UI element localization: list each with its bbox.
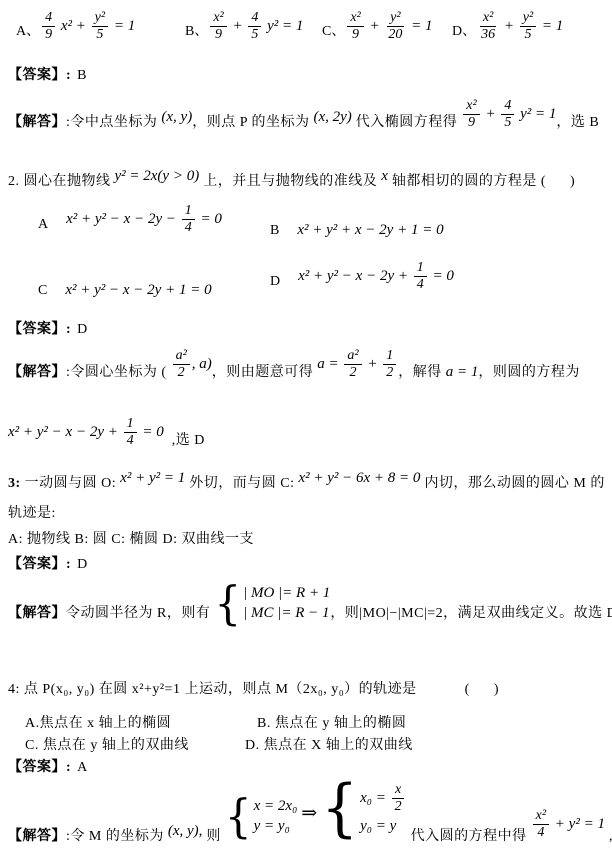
q3-answer-value: D <box>77 557 88 573</box>
fraction: 45 <box>248 10 261 43</box>
implies-arrow-icon: ⇒ <box>301 802 317 825</box>
q4-answer-value: A <box>77 760 88 776</box>
q1-option-d-equation: x²36 + y²5 = 1 <box>476 10 563 43</box>
q2-number: 2. <box>8 174 20 190</box>
left-brace: { <box>214 584 241 623</box>
q1-explain-choice: ，选 B <box>556 111 599 131</box>
q2-explain-equation: a = a²2 + 12 <box>317 348 398 381</box>
q4-stem-paren: ( ) <box>465 682 499 698</box>
q2-explain-center-coords: a²2, a) <box>171 348 212 381</box>
q1-explain-text-2: ，则点 P 的坐标为 <box>192 111 313 131</box>
q2-stem-math-1: y² = 2x(y > 0) <box>115 168 200 185</box>
q3-explain-text-2: ，则|MO|−|MC|=2，满足双曲线定义。故选 D。 <box>330 602 612 622</box>
q1-answer-value: B <box>77 68 87 84</box>
q2-explain-math-2: a = 1 <box>446 364 479 381</box>
equation-middle: x² + <box>57 18 90 35</box>
equation-post: = 0 <box>197 211 222 228</box>
equation-tail: = 1 <box>407 18 432 35</box>
equation-plus: + <box>364 356 382 373</box>
q2-option-a: A x² + y² − x − 2y − 14 = 0 <box>38 203 222 236</box>
q3-number: 3: <box>8 476 21 492</box>
math-exam-document: { "labels": { "answer": "【答案】:", "explai… <box>0 0 612 866</box>
fraction-numerator: 4 <box>42 10 55 27</box>
q3-stem-math-2: x² + y² − 6x + 8 = 0 <box>298 470 420 487</box>
q3-choices-line: A: 抛物线 B: 圆 C: 椭圆 D: 双曲线一支 <box>8 528 254 548</box>
q4-option-a-text: A.焦点在 x 轴上的椭圆 <box>25 712 171 732</box>
fraction: 49 <box>42 10 55 43</box>
q2-option-a-label: A <box>38 217 48 236</box>
q4-explain-text-2: 则 <box>202 825 225 845</box>
fraction: y²20 <box>385 10 405 43</box>
fraction-numerator: x² <box>463 98 479 115</box>
fraction-denominator: 2 <box>346 365 359 381</box>
q4-explain-math-1: (x, y), <box>168 823 203 840</box>
q3-stem-line2: 轨迹是: <box>8 502 56 522</box>
fraction-denominator: 4 <box>182 220 195 236</box>
fraction: a²2 <box>173 348 190 381</box>
system-rows: x = 2x₀y = y₀ <box>254 798 298 835</box>
q2-stem-math-2: x <box>381 168 388 185</box>
fraction: 14 <box>414 260 427 293</box>
q1-option-c-label: C、 <box>322 20 345 43</box>
q4-option-b: B. 焦点在 y 轴上的椭圆 <box>257 712 406 732</box>
fraction-denominator: 36 <box>478 27 498 43</box>
system-row-2: y₀ = y <box>360 818 396 835</box>
fraction-numerator: 1 <box>383 348 396 365</box>
fraction-numerator: 1 <box>182 203 195 220</box>
q2-result-equation: x² + y² − x − 2y + 14 = 0 <box>8 416 164 449</box>
q1-option-a: A、 49 x² + y²5 = 1 <box>16 10 135 43</box>
equation-middle: + <box>500 18 518 35</box>
q2-option-d: D x² + y² − x − 2y + 14 = 0 <box>270 260 454 293</box>
fraction-denominator: 4 <box>414 277 427 293</box>
q2-explanation: 【解答】:令圆心坐标为 ( a²2, a)，则由题意可得 a = a²2 + 1… <box>8 348 580 381</box>
fraction: x²9 <box>463 98 479 131</box>
q1-explain-math-1: (x, y) <box>161 109 192 126</box>
q2-explain-text-5: ，则圆的方程为 <box>478 361 580 381</box>
q2-option-d-equation: x² + y² − x − 2y + 14 = 0 <box>298 260 454 293</box>
q3-equation-system: {| MO |= R + 1| MC |= R − 1 <box>214 585 330 622</box>
fraction-denominator: 5 <box>93 27 106 43</box>
system-row-1: x = 2x₀ <box>254 798 298 815</box>
equation-pre: x² + y² − x − 2y + <box>8 424 122 441</box>
q2-answer-line: 【答案】: D <box>8 318 88 338</box>
q4-answer-line: 【答案】: A <box>8 756 88 776</box>
equation-post: = 0 <box>429 268 454 285</box>
fraction-numerator: x <box>392 782 404 799</box>
q4-option-c-text: C. 焦点在 y 轴上的双曲线 <box>25 734 189 754</box>
fraction-numerator: a² <box>173 348 190 365</box>
equation-middle: + <box>229 18 247 35</box>
q2-explain-text-4: ，解得 <box>398 361 446 381</box>
fraction: 45 <box>501 98 514 131</box>
q2-option-b: B x² + y² + x − 2y + 1 = 0 <box>270 222 444 239</box>
q3-stem-text-2: 外切，而与圆 C: <box>185 472 298 492</box>
q4-result-equation: x²4 + y² = 1 <box>531 808 605 841</box>
q1-option-d-label: D、 <box>452 20 476 43</box>
q4-option-c: C. 焦点在 y 轴上的双曲线 <box>25 734 189 754</box>
fraction-numerator: x² <box>480 10 496 27</box>
fraction-numerator: x² <box>347 10 363 27</box>
q3-stem-text-1: 一动圆与圆 O: <box>21 472 121 492</box>
answer-label: 【答案】: <box>8 64 71 84</box>
explain-label: 【解答】 <box>8 111 66 131</box>
fraction-numerator: 1 <box>414 260 427 277</box>
fraction: a²2 <box>344 348 361 381</box>
q1-option-b-label: B、 <box>185 20 208 43</box>
answer-label: 【答案】: <box>8 756 71 776</box>
fraction-denominator: 9 <box>212 27 225 43</box>
fraction-numerator: y² <box>387 10 403 27</box>
answer-label: 【答案】: <box>8 553 71 573</box>
left-brace: { <box>225 797 252 836</box>
equation-tail: = 1 <box>538 18 563 35</box>
q2-result-line: x² + y² − x − 2y + 14 = 0 ,选 D <box>8 416 205 449</box>
fraction-denominator: 20 <box>385 27 405 43</box>
fraction: 12 <box>383 348 396 381</box>
fraction-denominator: 4 <box>534 825 547 841</box>
system-rows: | MO |= R + 1| MC |= R − 1 <box>243 585 330 622</box>
system-rows: x₀ = x2y₀ = y <box>360 782 407 835</box>
coords-tail: , a) <box>192 356 212 373</box>
q1-explain-math-2: (x, 2y) <box>313 109 351 126</box>
q1-option-a-equation: 49 x² + y²5 = 1 <box>40 10 135 43</box>
answer-label: 【答案】: <box>8 318 71 338</box>
equation-tail: + y² = 1 <box>551 816 605 833</box>
q2-option-b-equation: x² + y² + x − 2y + 1 = 0 <box>297 222 443 239</box>
q4-system-1: {x = 2x₀y = y₀ <box>225 798 297 835</box>
q2-stem-text-2: 上，并且与抛物线的准线及 <box>199 170 381 190</box>
q2-option-c-equation: x² + y² − x − 2y + 1 = 0 <box>65 282 211 299</box>
q4-explain-choice: ,选 A <box>605 825 612 845</box>
q4-option-d-text: D. 焦点在 X 轴上的双曲线 <box>245 734 413 754</box>
system-row-1: x₀ = x2 <box>360 782 407 815</box>
fraction: x²9 <box>210 10 226 43</box>
fraction: y²5 <box>92 10 108 43</box>
q3-stem-math-1: x² + y² = 1 <box>120 470 185 487</box>
q3-explanation: 【解答】令动圆半径为 R，则有 {| MO |= R + 1| MC |= R … <box>8 585 612 622</box>
fraction: x²9 <box>347 10 363 43</box>
q4-stem-text: 4: 点 P(x₀, y₀) 在圆 x²+y²=1 上运动，则点 M（2x₀, … <box>8 678 417 698</box>
fraction-denominator: 9 <box>42 27 55 43</box>
fraction-numerator: y² <box>92 10 108 27</box>
q2-explain-text-1: :令圆心坐标为 ( <box>66 361 171 381</box>
q1-option-b-equation: x²9 + 45 y² = 1 <box>208 10 303 43</box>
equation-tail: y² = 1 <box>263 18 303 35</box>
equation-tail: = 1 <box>110 18 135 35</box>
fraction-denominator: 2 <box>175 365 188 381</box>
q2-stem-text-3: 轴都相切的圆的方程是 ( ) <box>388 170 575 190</box>
fraction-denominator: 9 <box>465 115 478 131</box>
row-pre: x₀ = <box>360 790 390 807</box>
q1-explain-equation: x²9 + 45 y² = 1 <box>461 98 556 131</box>
q1-option-a-label: A、 <box>16 20 40 43</box>
fraction-numerator: a² <box>344 348 361 365</box>
q2-option-a-equation: x² + y² − x − 2y − 14 = 0 <box>66 203 222 236</box>
q1-option-c: C、 x²9 + y²20 = 1 <box>322 10 433 43</box>
q1-explain-text-1: :令中点坐标为 <box>66 111 161 131</box>
fraction-numerator: 4 <box>248 10 261 27</box>
equation-pre: a = <box>317 356 342 373</box>
fraction: x²36 <box>478 10 498 43</box>
equation-pre: x² + y² − x − 2y − <box>66 211 180 228</box>
explain-label: 【解答】 <box>8 602 66 622</box>
fraction: 14 <box>124 416 137 449</box>
fraction-denominator: 5 <box>521 27 534 43</box>
system-row-2: y = y₀ <box>254 818 290 835</box>
q1-option-b: B、 x²9 + 45 y² = 1 <box>185 10 303 43</box>
fraction-numerator: 4 <box>501 98 514 115</box>
fraction-numerator: x² <box>210 10 226 27</box>
q4-explain-text-3: 代入圆的方程中得 <box>407 825 531 845</box>
q2-option-d-label: D <box>270 274 280 293</box>
q3-answer-line: 【答案】: D <box>8 553 88 573</box>
fraction: x²4 <box>533 808 549 841</box>
fraction-denominator: 2 <box>392 799 405 815</box>
q2-option-c: C x² + y² − x − 2y + 1 = 0 <box>38 282 212 299</box>
fraction-numerator: 1 <box>124 416 137 433</box>
equation-middle: + <box>482 106 500 123</box>
fraction: x2 <box>392 782 405 815</box>
fraction-numerator: y² <box>520 10 536 27</box>
q4-stem: 4: 点 P(x₀, y₀) 在圆 x²+y²=1 上运动，则点 M（2x₀, … <box>8 678 499 698</box>
q2-option-c-label: C <box>38 283 47 299</box>
q2-stem-text-1: 圆心在抛物线 <box>20 170 115 190</box>
q1-explanation: 【解答】:令中点坐标为 (x, y)，则点 P 的坐标为 (x, 2y) 代入椭… <box>8 98 599 131</box>
q2-answer-value: D <box>77 322 88 338</box>
q3-stem-text-line2: 轨迹是: <box>8 502 56 522</box>
explain-label: 【解答】 <box>8 361 66 381</box>
q4-option-d: D. 焦点在 X 轴上的双曲线 <box>245 734 413 754</box>
left-brace: { <box>321 782 358 835</box>
fraction: y²5 <box>520 10 536 43</box>
q1-option-c-equation: x²9 + y²20 = 1 <box>345 10 432 43</box>
explain-label: 【解答】 <box>8 825 66 845</box>
q3-stem: 3: 一动圆与圆 O: x² + y² = 1 外切，而与圆 C: x² + y… <box>8 472 605 492</box>
fraction-denominator: 9 <box>349 27 362 43</box>
q2-option-b-label: B <box>270 223 279 239</box>
equation-pre: x² + y² − x − 2y + <box>298 268 412 285</box>
q3-explain-text-1: 令动圆半径为 R，则有 <box>66 602 214 622</box>
equation-tail: y² = 1 <box>516 106 556 123</box>
fraction: 14 <box>182 203 195 236</box>
q1-explain-text-3: 代入椭圆方程得 <box>352 111 462 131</box>
system-row-2: | MC |= R − 1 <box>243 605 329 622</box>
q4-option-a: A.焦点在 x 轴上的椭圆 <box>25 712 171 732</box>
fraction-denominator: 5 <box>248 27 261 43</box>
q4-option-b-text: B. 焦点在 y 轴上的椭圆 <box>257 712 406 732</box>
fraction-numerator: x² <box>533 808 549 825</box>
q4-system-2: {x₀ = x2y₀ = y <box>321 782 406 835</box>
fraction-denominator: 5 <box>501 115 514 131</box>
q4-explain-text-1: :令 M 的坐标为 <box>66 825 168 845</box>
equation-post: = 0 <box>139 424 164 441</box>
q2-result-choice: ,选 D <box>164 429 205 449</box>
q1-answer-line: 【答案】: B <box>8 64 87 84</box>
q1-option-d: D、 x²36 + y²5 = 1 <box>452 10 563 43</box>
equation-middle: + <box>366 18 384 35</box>
q3-stem-text-3: 内切，那么动圆的圆心 M 的 <box>420 472 604 492</box>
system-row-1: | MO |= R + 1 <box>243 585 330 602</box>
q2-explain-text-3: ，则由题意可得 <box>212 361 318 381</box>
q4-explanation: 【解答】:令 M 的坐标为 (x, y), 则 {x = 2x₀y = y₀⇒{… <box>8 782 612 845</box>
q3-choices: A: 抛物线 B: 圆 C: 椭圆 D: 双曲线一支 <box>8 528 254 548</box>
fraction-denominator: 4 <box>124 433 137 449</box>
fraction-denominator: 2 <box>383 365 396 381</box>
q2-stem: 2. 圆心在抛物线 y² = 2x(y > 0) 上，并且与抛物线的准线及 x … <box>8 170 575 190</box>
